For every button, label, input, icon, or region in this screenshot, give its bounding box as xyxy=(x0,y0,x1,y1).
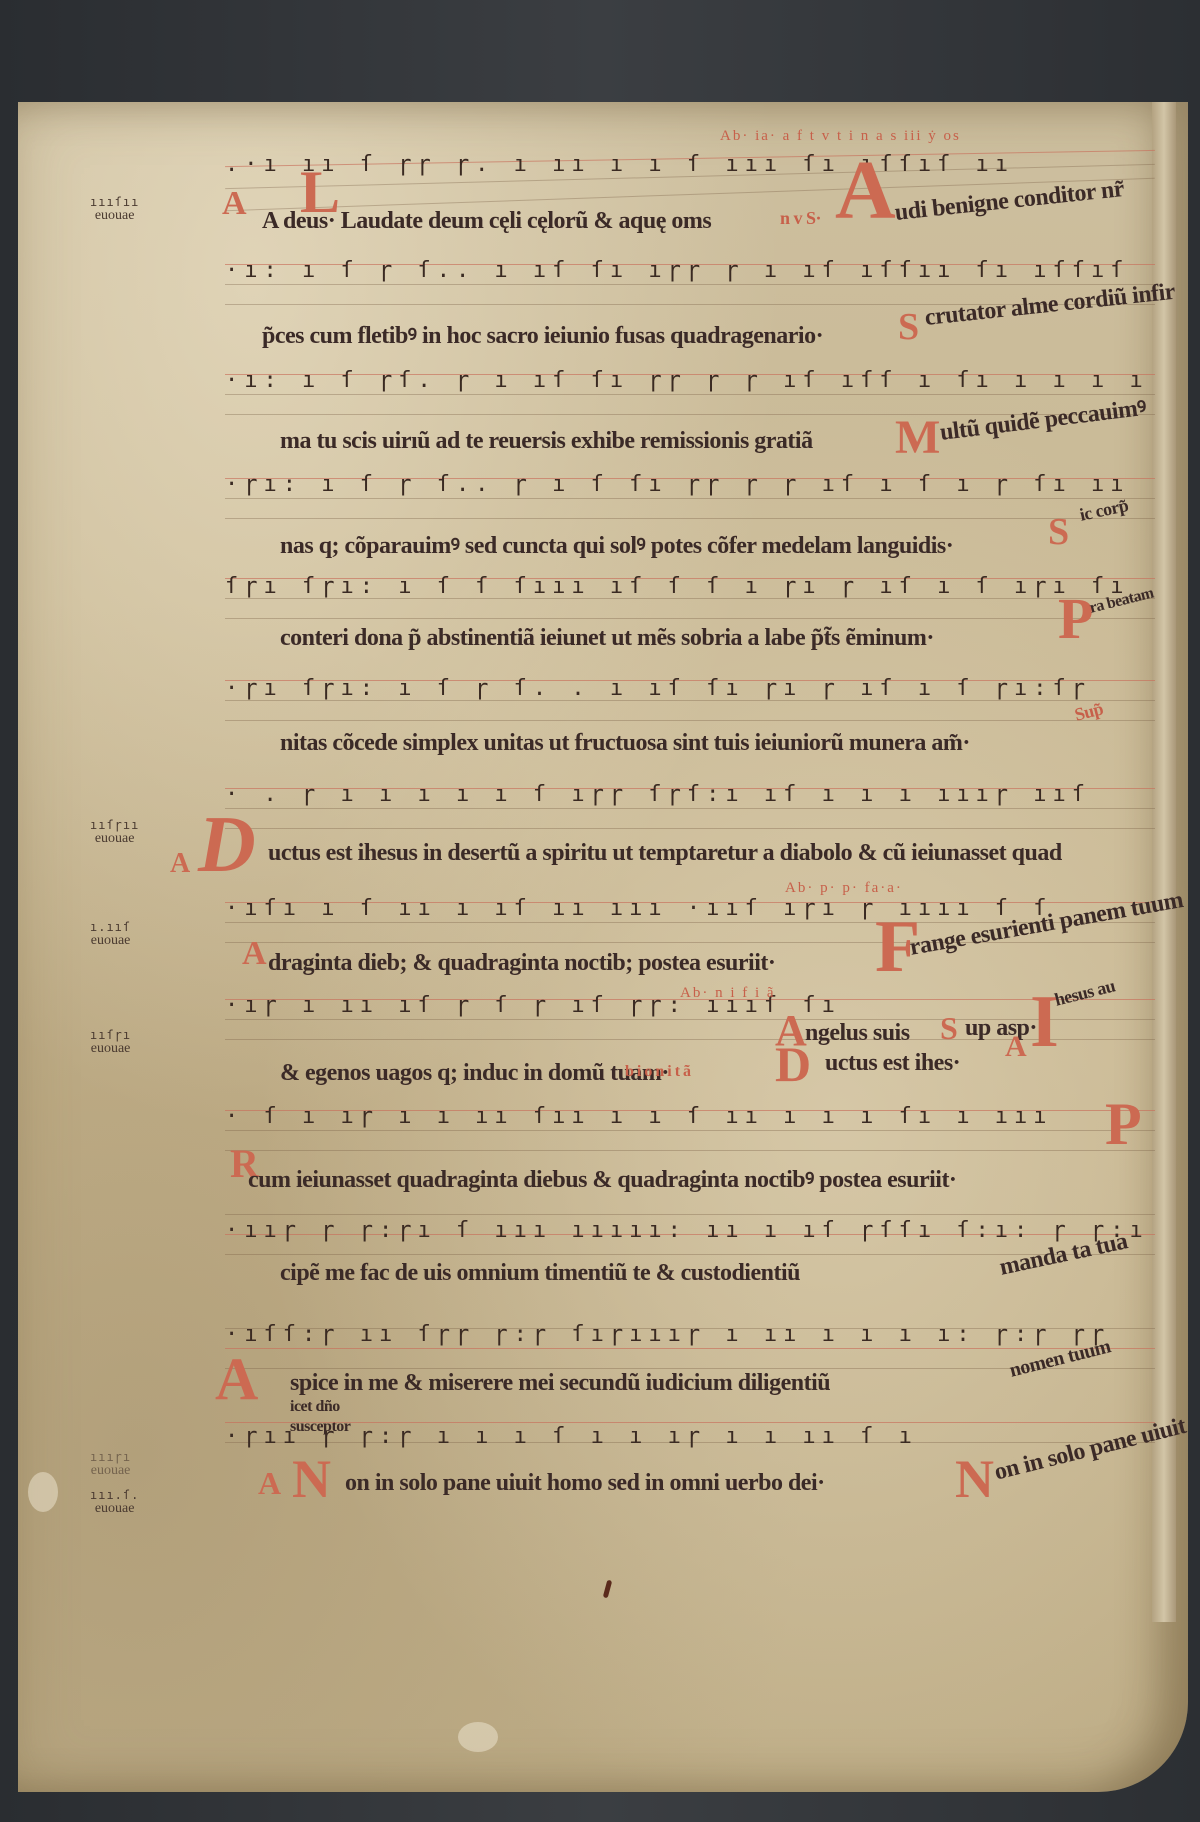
initial-A: A xyxy=(215,1345,258,1414)
margin-note: ı.ııſ euouae xyxy=(90,920,131,948)
staff-line-10: · ſ ı ıɼ ı ı ıı ſıı ı ı ſ ıı ı ı ı ſı ı … xyxy=(225,1090,1155,1170)
margin-note: ıııſıı euouae xyxy=(90,195,139,223)
initial-A: A xyxy=(222,185,247,223)
initial-N: N xyxy=(292,1448,331,1510)
initial-N: N xyxy=(955,1448,994,1510)
initial-P: P xyxy=(1058,585,1093,652)
stain xyxy=(458,1722,498,1752)
initial-M: M xyxy=(895,410,940,465)
chant-text: A deus· Laudate deum cęli cęlorũ & aquę … xyxy=(262,208,711,235)
margin-note: ııſɼı euouae xyxy=(90,1028,131,1056)
initial-A: A xyxy=(258,1465,281,1502)
initial-A: A xyxy=(242,935,267,973)
page-gutter xyxy=(1152,102,1176,1622)
initial-D: D xyxy=(775,1035,811,1093)
staff-line-7: · . ɼ ı ı ı ı ı ſ ıɼɼ ſɼſ:ı ıſ ı ı ı ııı… xyxy=(225,770,1155,850)
margin-note: ııſɼıı euouae xyxy=(90,818,139,846)
initial-S: S xyxy=(1048,510,1069,554)
initial-A: A xyxy=(170,848,190,880)
initial-S: S xyxy=(940,1010,958,1047)
initial-A: A xyxy=(1005,1030,1027,1064)
stain xyxy=(28,1472,58,1512)
margin-note: ııı.ſ. euouae xyxy=(90,1488,139,1516)
initial-S: S xyxy=(898,305,919,349)
initial-P: P xyxy=(1105,1090,1142,1159)
initial-A-large: A xyxy=(835,142,896,239)
margin-note: ıııɼı euouae xyxy=(90,1450,131,1478)
initial-D: D xyxy=(198,800,256,891)
